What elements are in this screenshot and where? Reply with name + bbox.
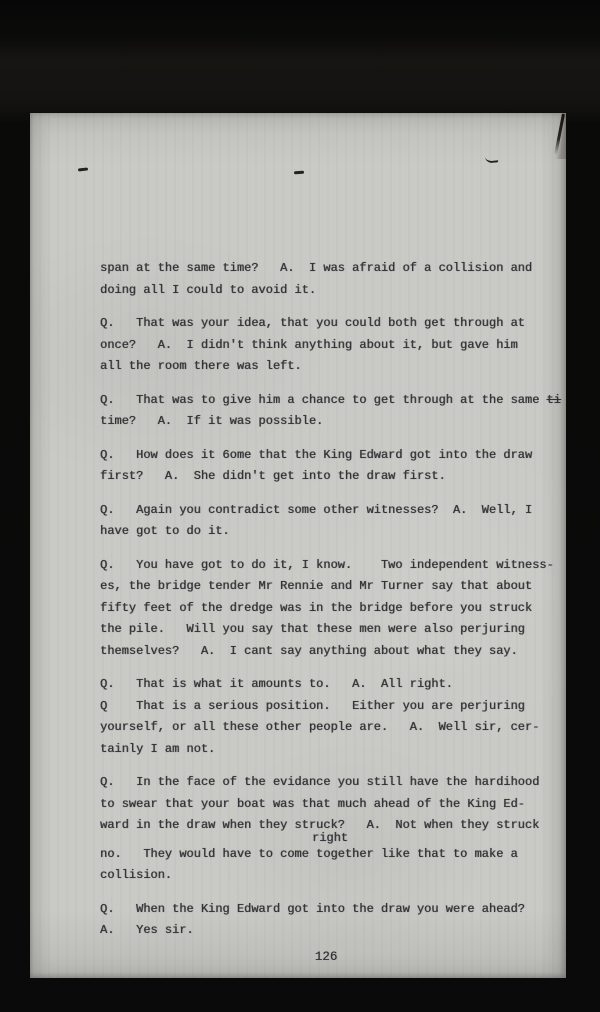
transcript-text: span at the same time? A. I was afraid o… [100, 258, 552, 942]
transcript-line: Q. You have got to do it, I know. Two in… [100, 555, 552, 577]
transcript-line: first? A. She didn't get into the draw f… [100, 466, 552, 488]
transcript-line: all the room there was left. [100, 356, 552, 378]
transcript-paragraph: Q. That was your idea, that you could bo… [100, 313, 552, 378]
transcript-line: have got to do it. [100, 521, 552, 543]
struck-out-text: ti [546, 393, 560, 407]
pencil-check-mark-right [485, 153, 499, 163]
transcript-line: doing all I could to avoid it. [100, 280, 552, 302]
document-page: span at the same time? A. I was afraid o… [30, 113, 566, 978]
microfilm-scan-background: span at the same time? A. I was afraid o… [0, 0, 600, 1012]
transcript-paragraph: Q. That was to give him a chance to get … [100, 390, 552, 433]
transcript-line: Q. How does it 6ome that the King Edward… [100, 445, 552, 467]
transcript-line: Q. That was to give him a chance to get … [100, 390, 552, 412]
transcript-line: Q. When the King Edward got into the dra… [100, 899, 552, 921]
transcript-line: Q. In the face of the evidance you still… [100, 772, 552, 794]
transcript-line: es, the bridge tender Mr Rennie and Mr T… [100, 576, 552, 598]
transcript-line: time? A. If it was possible. [100, 411, 552, 433]
pencil-dash-mark-center [294, 171, 304, 174]
transcript-line: A. Yes sir. [100, 920, 552, 942]
transcript-line: once? A. I didn't think anything about i… [100, 335, 552, 357]
transcript-line: the pile. Will you say that these men we… [100, 619, 552, 641]
transcript-line: tainly I am not. [100, 739, 552, 761]
transcript-line: collision. [100, 865, 552, 887]
transcript-paragraph: Q. In the face of the evidance you still… [100, 772, 552, 887]
transcript-paragraph: Q. Again you contradict some other witne… [100, 500, 552, 543]
transcript-line: span at the same time? A. I was afraid o… [100, 258, 552, 280]
transcript-paragraph: Q. When the King Edward got into the dra… [100, 899, 552, 942]
transcript-line: yourself, or all these other people are.… [100, 717, 552, 739]
transcript-line: themselves? A. I cant say anything about… [100, 641, 552, 663]
transcript-line: no. They would have to come together lik… [100, 844, 552, 866]
transcript-paragraph: span at the same time? A. I was afraid o… [100, 258, 552, 301]
transcript-paragraph: Q. You have got to do it, I know. Two in… [100, 555, 552, 663]
transcript-line: to swear that your boat was that much ah… [100, 794, 552, 816]
pencil-dash-mark-left [78, 167, 88, 171]
transcript-line: Q That is a serious position. Either you… [100, 696, 552, 718]
transcript-line: Q. Again you contradict some other witne… [100, 500, 552, 522]
transcript-paragraph: Q. That is what it amounts to. A. All ri… [100, 674, 552, 760]
page-number: 126 [296, 950, 356, 964]
interline-insertion: right [312, 832, 348, 844]
transcript-paragraph: Q. How does it 6ome that the King Edward… [100, 445, 552, 488]
transcript-line: Q. That was your idea, that you could bo… [100, 313, 552, 335]
transcript-line: Q. That is what it amounts to. A. All ri… [100, 674, 552, 696]
transcript-line: fifty feet of the dredge was in the brid… [100, 598, 552, 620]
